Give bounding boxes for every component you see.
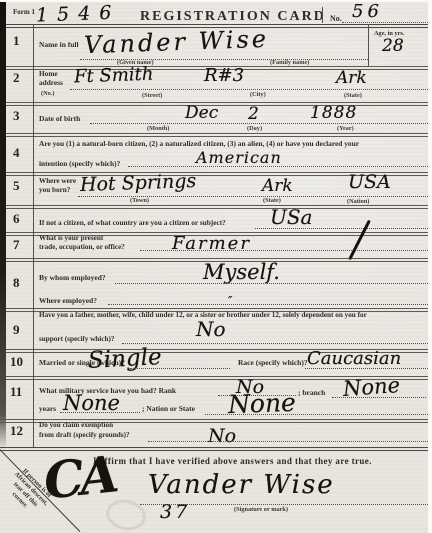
q6-number: 6 bbox=[13, 211, 20, 227]
q3-answer-month: Dec bbox=[185, 103, 218, 123]
q5-number: 5 bbox=[13, 178, 20, 194]
q2-answer-state: Ark bbox=[336, 68, 367, 88]
q12-label-line1: Do you claim exemption bbox=[39, 421, 113, 429]
q5-answer-nation: USA bbox=[348, 171, 391, 193]
stray-pen-stroke bbox=[348, 220, 371, 261]
number-below-signature: 37 bbox=[160, 501, 190, 523]
q4-answer: American bbox=[196, 148, 282, 167]
dotted-line bbox=[342, 22, 428, 23]
q12-answer: No bbox=[208, 425, 236, 447]
q5-sublabel-nation: (Nation) bbox=[347, 198, 369, 205]
dotted-line bbox=[332, 397, 426, 398]
q1-sublabel-family: (Family name) bbox=[270, 59, 309, 66]
scan-edge-strip bbox=[0, 2, 6, 450]
q11-label-nation: ; Nation or State bbox=[142, 404, 195, 413]
q11-label-years: years bbox=[39, 404, 56, 413]
divider bbox=[0, 205, 428, 209]
dotted-line bbox=[205, 414, 428, 415]
q9-label-line2: support (specify which)? bbox=[39, 335, 114, 343]
q10-label-race: Race (specify which)? bbox=[238, 358, 308, 367]
q10-answer-race: Caucasian bbox=[307, 348, 401, 369]
signature-handwritten: Vander Wise bbox=[148, 470, 335, 500]
q5-answer-state: Ark bbox=[262, 176, 293, 196]
q3-sublabel-month: (Month) bbox=[147, 125, 169, 132]
q2-sublabel-city: (City) bbox=[250, 91, 266, 98]
q7-label-line1: What is your present bbox=[39, 234, 103, 242]
q10-number: 10 bbox=[10, 354, 23, 370]
q2-answer-street: Ft Smith bbox=[74, 64, 154, 88]
dotted-line bbox=[108, 304, 428, 305]
q12-label-line2: from draft (specify grounds)? bbox=[39, 431, 130, 439]
q2-sublabel-no: (No.) bbox=[41, 90, 54, 97]
signature-label: (Signature or mark) bbox=[234, 506, 288, 513]
q2-answer-city: R#3 bbox=[204, 65, 244, 86]
card-title: REGISTRATION CARD bbox=[140, 9, 326, 25]
q3-answer-day: 2 bbox=[248, 104, 259, 124]
q4-label-line2: intention (specify which)? bbox=[39, 159, 120, 168]
dotted-line bbox=[122, 343, 428, 344]
q11-number: 11 bbox=[10, 384, 22, 400]
dotted-line bbox=[148, 441, 428, 442]
q5-sublabel-state: (State) bbox=[263, 197, 281, 204]
dotted-line bbox=[90, 123, 428, 124]
q8-label-line1: By whom employed? bbox=[39, 273, 106, 282]
q5-label-line1: Where were bbox=[39, 177, 76, 185]
dotted-line bbox=[130, 368, 230, 369]
dotted-line bbox=[128, 166, 428, 167]
q3-sublabel-day: (Day) bbox=[247, 125, 262, 132]
divider bbox=[0, 133, 428, 137]
q9-number: 9 bbox=[13, 322, 20, 338]
q4-label-line1: Are you (1) a natural-born citizen, (2) … bbox=[39, 139, 359, 148]
age-box-line bbox=[368, 24, 369, 66]
card-background: Form 1 1546 REGISTRATION CARD No. 56 1 N… bbox=[0, 2, 428, 533]
q2-sublabel-street: (Street) bbox=[142, 92, 162, 99]
q10-answer-married: Single bbox=[87, 344, 162, 374]
dotted-line bbox=[255, 228, 428, 229]
q5-answer-town: Hot Springs bbox=[80, 170, 197, 196]
q2-label-line2: address bbox=[39, 78, 63, 87]
q8-label-line2: Where employed? bbox=[39, 296, 97, 305]
q5-sublabel-town: (Town) bbox=[130, 197, 149, 204]
q4-number: 4 bbox=[13, 145, 20, 161]
q3-label: Date of birth bbox=[39, 114, 80, 123]
q7-number: 7 bbox=[13, 237, 20, 253]
q11-label-branch: ; branch bbox=[298, 388, 325, 397]
dotted-line bbox=[305, 368, 428, 369]
q1-label: Name in full bbox=[39, 40, 79, 49]
no-label: No. bbox=[330, 14, 342, 23]
q5-label-line2: you born? bbox=[39, 186, 70, 194]
q8-answer-where-ditto: ″ bbox=[228, 294, 232, 308]
dotted-line bbox=[140, 250, 428, 251]
registration-card-scan: Form 1 1546 REGISTRATION CARD No. 56 1 N… bbox=[0, 0, 432, 533]
no-value-handwritten: 56 bbox=[352, 1, 383, 22]
form-number-label: Form 1 bbox=[13, 8, 35, 16]
corner-handwritten-initials: CA bbox=[41, 444, 117, 510]
q1-answer-name: Vander Wise bbox=[84, 25, 270, 59]
dotted-line bbox=[115, 283, 428, 284]
dotted-line bbox=[70, 89, 428, 90]
q7-label-line2: trade, occupation, or office? bbox=[39, 243, 125, 251]
q6-label: If not a citizen, of what country are yo… bbox=[39, 218, 226, 227]
q9-answer: No bbox=[196, 317, 226, 341]
q8-number: 8 bbox=[13, 275, 20, 291]
q3-answer-year: 1888 bbox=[310, 103, 357, 123]
q12-number: 12 bbox=[10, 423, 23, 439]
dotted-line bbox=[60, 412, 140, 413]
q8-answer-employer: Myself. bbox=[203, 260, 280, 284]
q2-label-line1: Home bbox=[39, 69, 58, 78]
q2-number: 2 bbox=[13, 70, 20, 86]
affirmation-text: I affirm that I have verified above answ… bbox=[93, 456, 372, 466]
serial-number-handwritten: 1546 bbox=[36, 2, 121, 27]
q3-number: 3 bbox=[13, 108, 20, 124]
q6-answer: USa bbox=[270, 205, 312, 229]
q3-sublabel-year: (Year) bbox=[337, 125, 354, 132]
q2-sublabel-state: (State) bbox=[344, 92, 362, 99]
header-divider-line bbox=[322, 7, 323, 23]
age-value-handwritten: 28 bbox=[382, 36, 404, 56]
q1-number: 1 bbox=[13, 33, 20, 49]
